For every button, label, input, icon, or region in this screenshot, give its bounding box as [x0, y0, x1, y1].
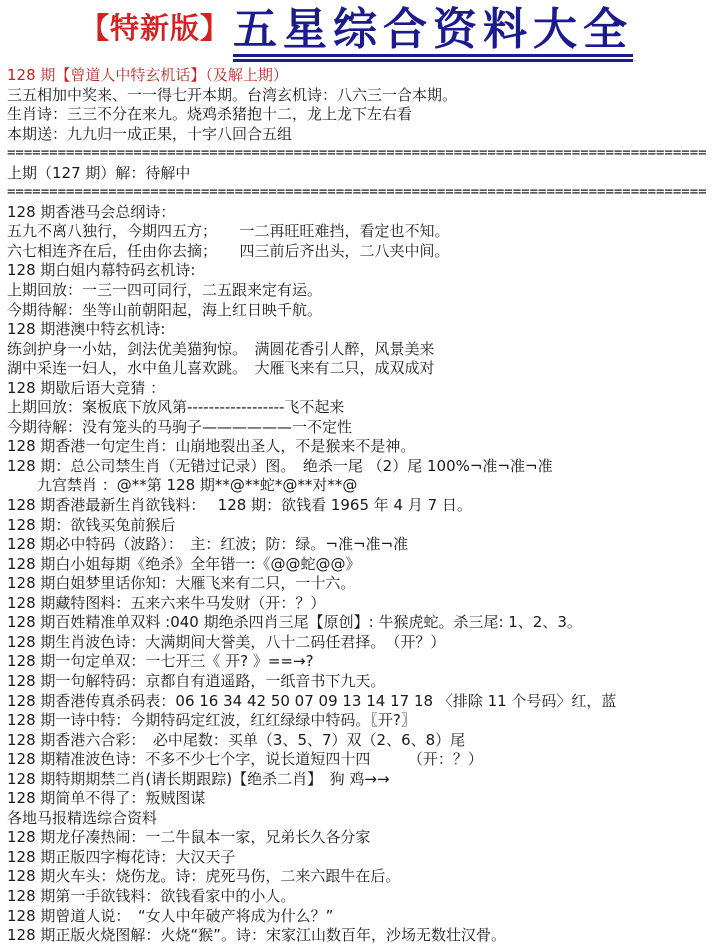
text-line: 128 期火车头：烧伤龙。诗：虎死马伤，二来六跟牛在后。 [7, 867, 707, 887]
text-line: 128 期精准波色诗：不多不少七个字，说长道短四十四 （开：？） [7, 750, 707, 770]
text-line: 128 期一句解特码：京都自有逍遥路，一纸音书下九天。 [7, 672, 707, 692]
text-line: 练剑护身一小姑，剑法优美猫狗惊。 满圆花香引人醉，风景美来 [7, 340, 707, 360]
text-line: 128 期特期期禁二肖(请长期跟踪)【绝杀二肖】 狗 鸡→→ [7, 770, 707, 790]
text-line: 各地马报精选综合资料 [7, 809, 707, 829]
text-line: 128 期香港最新生肖欲钱料： 128 期：欲钱看 1965 年 4 月 7 日… [7, 496, 707, 516]
content-lines: 128 期【曾道人中特玄机话】（及解上期）三五相加中奖来、一一得七开本期。台湾玄… [0, 64, 713, 946]
text-line: 五九不离八独行，今期四五方； 一二再旺旺难挡，看定也不知。 [7, 222, 707, 242]
text-line: 128 期生肖波色诗：大满期间大誉美，八十二码任君择。 （开？） [7, 633, 707, 653]
text-line: 128 期正版火烧图解：火烧“猴”。诗：宋家江山数百年，沙场无数壮汉骨。 [7, 926, 707, 946]
text-line: 128 期歇后语大竞猜 ： [7, 379, 707, 399]
text-line: 128 期白姐内幕特码玄机诗: [7, 261, 707, 281]
text-line: 128 期香港马会总纲诗： [7, 203, 707, 223]
page-title: 五星综合资料大全 [233, 7, 633, 62]
text-line: 128 期【曾道人中特玄机话】（及解上期） [7, 66, 707, 86]
text-line: 128 期白姐梦里话你知：大雁飞来有二只，一十六。 [7, 574, 707, 594]
text-line: 三五相加中奖来、一一得七开本期。台湾玄机诗：八六三一合本期。 [7, 86, 707, 106]
text-line: 本期送：九九归一成正果，十字八回合五组 [7, 125, 707, 145]
text-line: 上期（127 期）解：待解中 [7, 164, 707, 184]
text-line: 128 期白小姐每期《绝杀》全年错一:《@@蛇@@》 [7, 555, 707, 575]
text-line: 九宫禁肖 ：@**第 128 期**@**蛇*@**对**@ [7, 476, 707, 496]
text-line: 128 期第一手欲钱料：欲钱看家中的小人。 [7, 887, 707, 907]
text-line: 128 期：总公司禁生肖（无错过记录）图。 绝杀一尾 （2）尾 100%¬准¬准… [7, 457, 707, 477]
page-header: 【特新版】五星综合资料大全 [0, 0, 713, 64]
text-line: 六七相连齐在后，任由你去摘； 四三前后齐出头，二八夹中间。 [7, 242, 707, 262]
text-line: 128 期龙仔凑热闹：一二牛鼠本一家，兄弟长久各分家 [7, 828, 707, 848]
text-line: 128 期：欲钱买兔前猴后 [7, 516, 707, 536]
text-line: 128 期香港传真杀码表：06 16 34 42 50 07 09 13 14 … [7, 692, 707, 712]
text-line: 今期待解：坐等山前朝阳起，海上红日映千航。 [7, 301, 707, 321]
edition-badge: 【特新版】 [80, 11, 230, 45]
page: 【特新版】五星综合资料大全 128 期【曾道人中特玄机话】（及解上期）三五相加中… [0, 0, 713, 946]
text-line: 今期待解：没有笼头的马驹子——————一不定性 [7, 418, 707, 438]
text-line: 128 期必中特码（波路）： 主：红波；防：绿。¬准¬准¬准 [7, 535, 707, 555]
separator-line: ========================================… [7, 144, 707, 164]
text-line: 128 期百姓精准单双料 :040 期绝杀四肖三尾【原创】: 牛猴虎蛇。杀三尾:… [7, 613, 707, 633]
text-line: 128 期香港六合彩： 必中尾数：买单（3、5、7）双（2、6、8）尾 [7, 731, 707, 751]
text-line: 128 期简单不得了：叛贼图谋 [7, 789, 707, 809]
text-line: 上期回放：一三一四可同行，二五跟来定有运。 [7, 281, 707, 301]
text-line: 128 期正版四字梅花诗：大汉天子 [7, 848, 707, 868]
text-line: 生肖诗：三三不分在来九。烧鸡杀猪抱十二，龙上龙下左右看 [7, 105, 707, 125]
text-line: 128 期藏特图料：五来六来牛马发财（开：？） [7, 594, 707, 614]
text-line: 上期回放：案板底下放风第------------------飞不起来 [7, 398, 707, 418]
text-line: 128 期一句定单双：一七开三《 开? 》==→? [7, 652, 707, 672]
text-line: 128 期港澳中特玄机诗: [7, 320, 707, 340]
text-line: 湖中采连一妇人，水中鱼儿喜欢跳。 大雁飞来有二只，成双成对 [7, 359, 707, 379]
text-line: 128 期曾道人说： “女人中年破产将成为什么？” [7, 907, 707, 927]
text-line: 128 期一诗中特：今期特码定红波，红红绿绿中特码。〖开?〗 [7, 711, 707, 731]
text-line: 128 期香港一句定生肖：山崩地裂出圣人，不是猴来不是神。 [7, 437, 707, 457]
separator-line: ========================================… [7, 183, 707, 203]
